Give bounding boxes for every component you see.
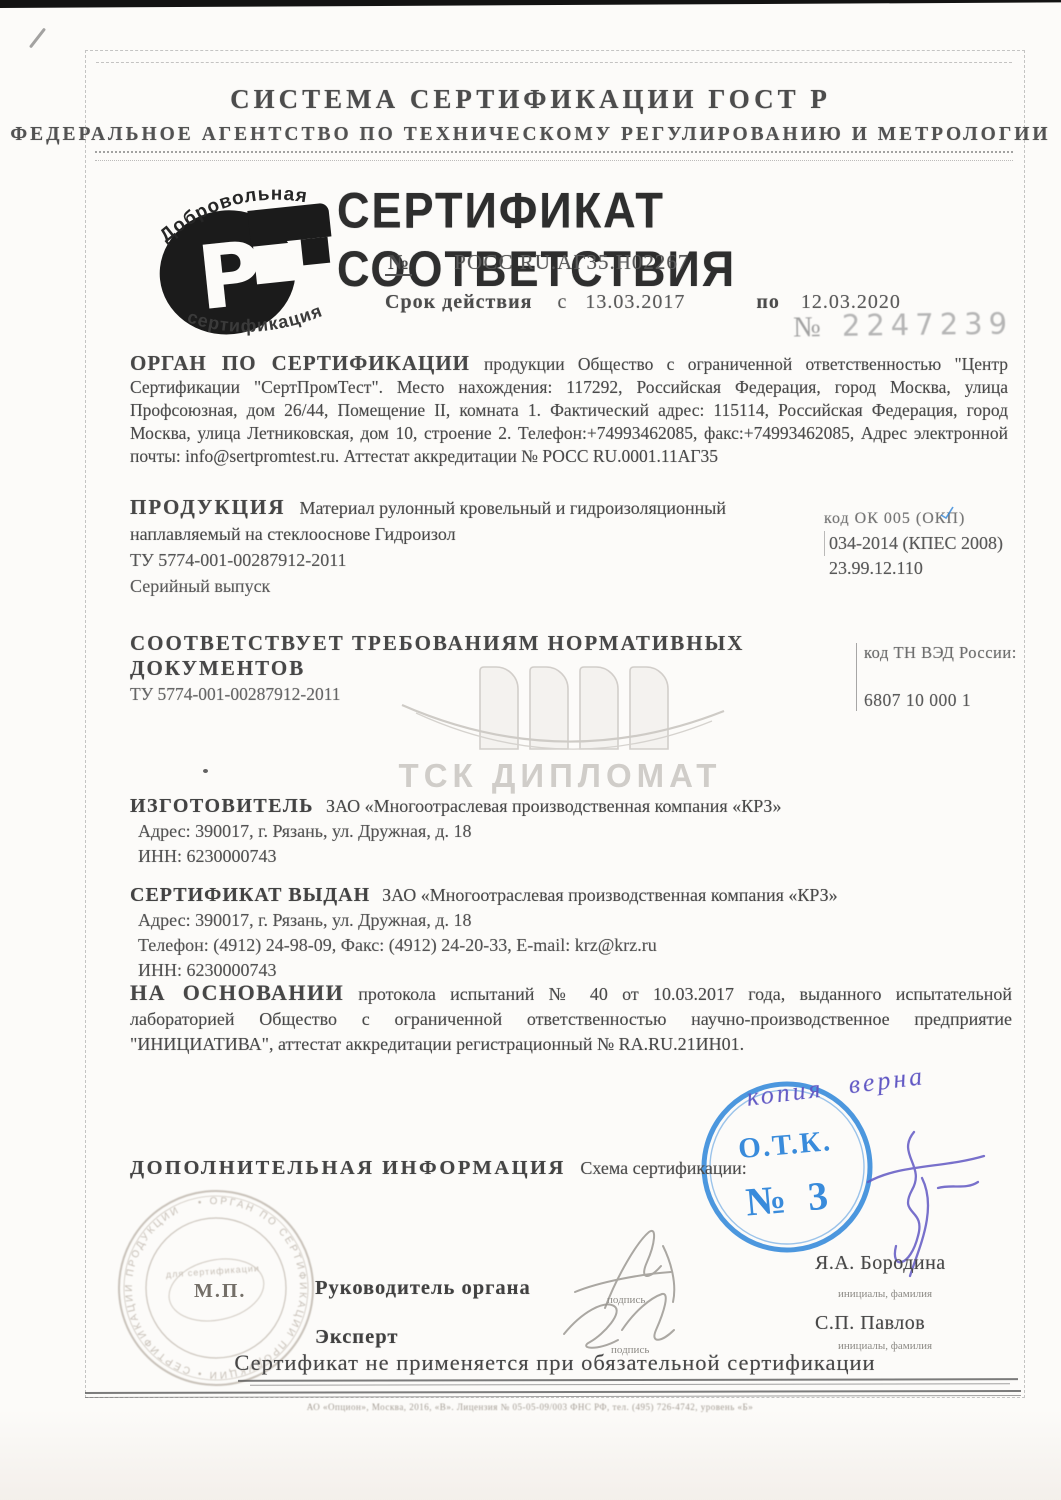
basis-section: НА ОСНОВАНИИпротокола испытаний № 40 от …	[130, 980, 1012, 1057]
blank-form-number: № 2247239	[793, 306, 1014, 344]
scan-scratch-mark	[29, 28, 46, 49]
manufacturer-address: Адрес: 390017, г. Рязань, ул. Дружная, д…	[130, 819, 1010, 844]
number-sign: №	[385, 250, 412, 276]
scan-edge-strip	[0, 0, 1061, 8]
certification-body-label: ОРГАН ПО СЕРТИФИКАЦИИ	[130, 351, 484, 375]
issued-to-label: СЕРТИФИКАТ ВЫДАН	[130, 884, 382, 906]
tnved-code-box: код ТН ВЭД России: 6807 10 000 1	[856, 643, 1024, 711]
blank-number-value: 2247239	[842, 306, 1014, 342]
tnved-value: 6807 10 000 1	[864, 690, 1024, 711]
additional-info-label: ДОПОЛНИТЕЛЬНАЯ ИНФОРМАЦИЯ	[130, 1157, 576, 1179]
okp-code-label: код ОК 005 (ОКП)	[824, 506, 1014, 531]
scheme-label: Схема сертификации:	[580, 1158, 746, 1178]
printer-fine-print: АО «Опцион», Москва, 2016, «В». Лицензия…	[280, 1402, 780, 1412]
rst-certification-logo: Р Добровольная сертификация	[135, 165, 365, 355]
manufacturer-label: ИЗГОТОВИТЕЛЬ	[130, 795, 326, 817]
product-section: ПРОДУКЦИЯМатериал рулонный кровельный и …	[130, 494, 810, 599]
additional-info-section: ДОПОЛНИТЕЛЬНАЯ ИНФОРМАЦИЯ Схема сертифик…	[130, 1157, 747, 1180]
watermark-text: ТСК ДИПЛОМАТ	[392, 757, 728, 795]
footer-note: Сертификат не применяется при обязательн…	[85, 1350, 1025, 1376]
agency-heading: ФЕДЕРАЛЬНОЕ АГЕНТСТВО ПО ТЕХНИЧЕСКОМУ РЕ…	[0, 124, 1061, 146]
blank-number-sign: №	[793, 311, 827, 343]
product-serial: Серийный выпуск	[130, 573, 810, 599]
okp-code-box: код ОК 005 (ОКП) 034-2014 (КПЕС 2008) 23…	[824, 506, 1014, 581]
otk-stamp-text: О.Т.К.	[737, 1125, 833, 1165]
issued-to-section: СЕРТИФИКАТ ВЫДАНЗАО «Многоотраслевая про…	[130, 883, 1010, 983]
expert-name: С.П. Павлов	[815, 1312, 925, 1335]
from-label: с	[557, 291, 566, 313]
mp-place-of-seal-label: М.П.	[194, 1280, 246, 1303]
expert-role-label: Эксперт	[315, 1326, 398, 1349]
basis-label: НА ОСНОВАНИИ	[130, 980, 358, 1005]
head-name: Я.А. Бородина	[815, 1252, 946, 1275]
manufacturer-name: ЗАО «Многоотраслевая производственная ко…	[326, 796, 781, 816]
issued-to-phone: Телефон: (4912) 24-98-09, Факс: (4912) 2…	[130, 933, 1010, 958]
issued-to-address: Адрес: 390017, г. Рязань, ул. Дружная, д…	[130, 908, 1010, 933]
validity-label: Срок действия	[385, 291, 532, 313]
ink-speck	[203, 769, 208, 773]
manufacturer-inn: ИНН: 6230000743	[130, 844, 1010, 869]
valid-from-date: 13.03.2017	[585, 291, 685, 313]
product-paragraph: ПРОДУКЦИЯМатериал рулонный кровельный и …	[130, 494, 810, 547]
head-signature-caption: подпись	[607, 1294, 645, 1306]
blue-pen-tick	[938, 505, 956, 521]
document-title: СЕРТИФИКАТ СООТВЕТСТВИЯ	[337, 181, 984, 298]
certification-body-section: ОРГАН ПО СЕРТИФИКАЦИИпродукции Общество …	[130, 352, 1008, 468]
to-label: по	[756, 291, 780, 313]
scanned-certificate-page: { "header": { "system_line": "СИСТЕМА СЕ…	[0, 0, 1061, 1500]
head-name-caption: инициалы, фамилия	[838, 1288, 932, 1300]
manufacturer-section: ИЗГОТОВИТЕЛЬЗАО «Многоотраслевая произво…	[130, 794, 1010, 869]
mp-stamp-inner-text: для сертификации	[166, 1263, 261, 1280]
tnved-label: код ТН ВЭД России:	[864, 643, 1024, 663]
product-label: ПРОДУКЦИЯ	[130, 495, 300, 519]
okp-code-line1: 034-2014 (КПЕС 2008)	[824, 531, 1014, 556]
issued-to-name: ЗАО «Многоотраслевая производственная ко…	[382, 885, 837, 905]
header-divider	[95, 151, 1013, 161]
certificate-number: РОСС RU.АГ35.Н02267	[454, 250, 689, 274]
head-role-label: Руководитель органа	[315, 1277, 531, 1300]
certification-system-heading: СИСТЕМА СЕРТИФИКАЦИИ ГОСТ Р	[0, 84, 1061, 115]
certificate-number-row: №РОСС RU.АГ35.Н02267	[385, 250, 689, 275]
otk-stamp-number: № 3	[744, 1172, 836, 1225]
document-border-inner-line	[96, 62, 1012, 63]
watermark-logo	[392, 655, 732, 765]
product-tu: ТУ 5774-001-00287912-2011	[130, 547, 810, 573]
okp-code-line2: 23.99.12.110	[824, 556, 1014, 581]
